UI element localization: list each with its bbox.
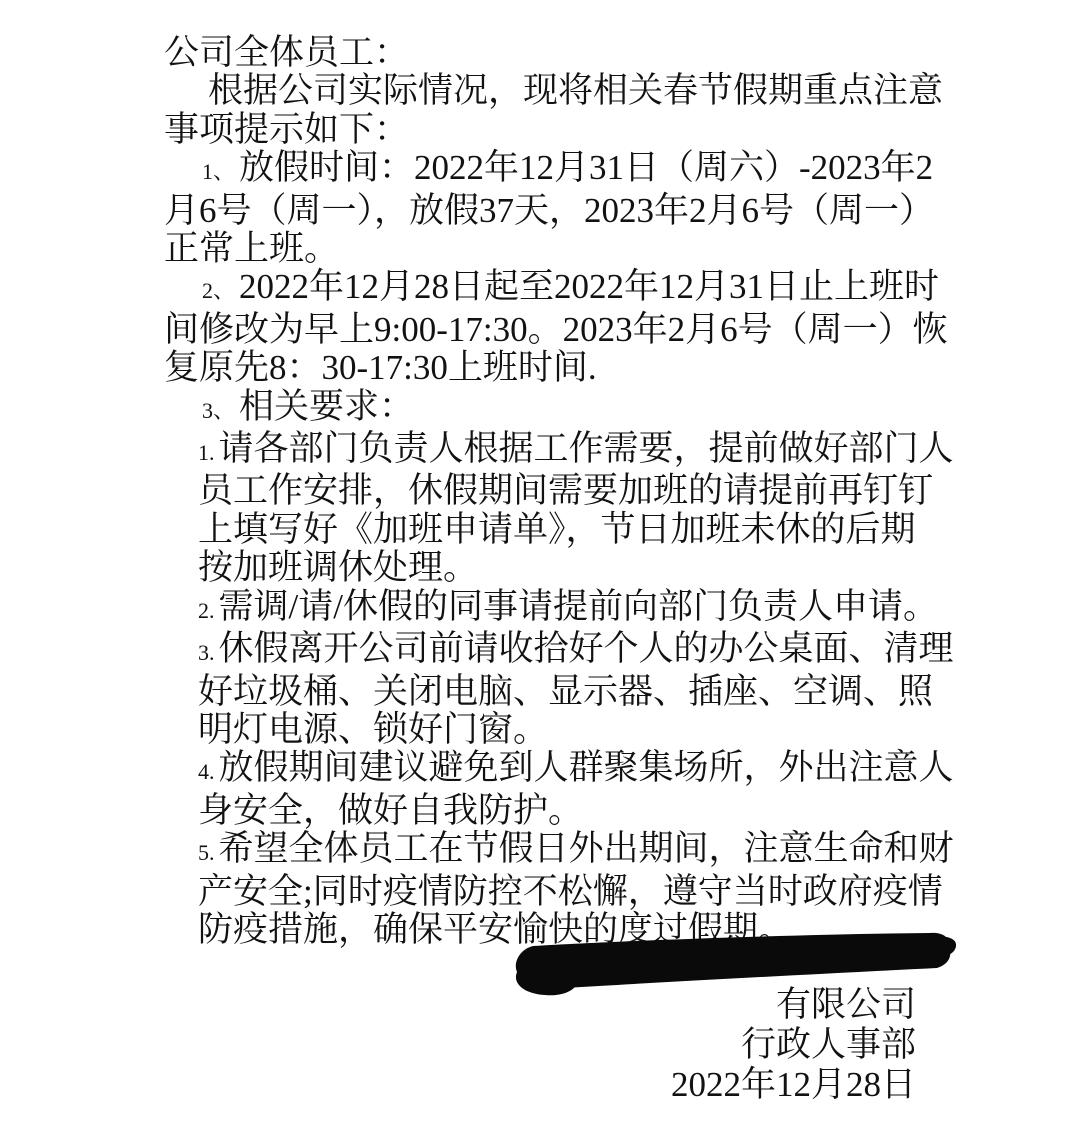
line-text: 根据公司实际情况，现将相关春节假期重点注意 [208,71,943,110]
line-text: 好垃圾桶、关闭电脑、显示器、插座、空调、照 [198,672,933,711]
line-text: 按加班调休处理。 [198,548,478,587]
line-text: 休假离开公司前请收拾好个人的办公桌面、清理 [219,629,954,668]
list-marker: 1. [198,440,219,465]
line-text: 正常上班。 [164,229,339,268]
list-marker: 5. [198,840,219,865]
text-line: 5.希望全体员工在节假日外出期间，注意生命和财 [198,830,920,872]
notice-document: 公司全体员工：根据公司实际情况，现将相关春节假期重点注意事项提示如下：1、放假时… [0,0,1080,1136]
text-line: 产安全;同时疫情防控不松懈，遵守当时政府疫情 [198,873,920,911]
text-line: 根据公司实际情况，现将相关春节假期重点注意 [208,72,920,110]
line-text: 放假时间：2022年12月31日（周六）-2023年2 [239,148,933,187]
text-line: 1、放假时间：2022年12月31日（周六）-2023年2 [202,149,920,191]
text-line: 按加班调休处理。 [198,549,920,587]
text-line: 公司全体员工： [164,34,920,72]
line-text: 公司全体员工： [164,33,409,72]
text-line: 好垃圾桶、关闭电脑、显示器、插座、空调、照 [198,673,920,711]
text-line: 间修改为早上9:00-17:30。2023年2月6号（周一）恢 [164,311,920,349]
text-line: 4.放假期间建议避免到人群聚集场所，外出注意人 [198,749,920,791]
signature-date: 2022年12月28日 [0,1065,916,1105]
line-text: 2022年12月28日起至2022年12月31日止上班时 [239,267,939,306]
signature-block: 有限公司 行政人事部 2022年12月28日 [0,985,1080,1105]
text-line: 上填写好《加班申请单》，节日加班未休的后期 [198,511,920,549]
signature-department: 行政人事部 [0,1025,916,1065]
line-text: 需调/请/休假的同事请提前向部门负责人申请。 [219,587,938,626]
line-text: 事项提示如下： [164,110,409,149]
company-name-visible-fragment: 有限公司 [776,985,916,1024]
list-marker: 1、 [202,159,239,184]
line-text: 上填写好《加班申请单》，节日加班未休的后期 [198,510,916,549]
text-line: 明灯电源、锁好门窗。 [198,711,920,749]
line-text: 明灯电源、锁好门窗。 [198,710,548,749]
line-text: 希望全体员工在节假日外出期间，注意生命和财 [219,829,954,868]
text-line: 2、2022年12月28日起至2022年12月31日止上班时 [202,268,920,310]
company-name-redacted: 有限公司 [0,985,916,1025]
line-text: 间修改为早上9:00-17:30。2023年2月6号（周一）恢 [164,310,948,349]
list-marker: 2、 [202,278,239,303]
notice-body: 公司全体员工：根据公司实际情况，现将相关春节假期重点注意事项提示如下：1、放假时… [0,0,1080,949]
text-line: 正常上班。 [164,230,920,268]
text-line: 3、相关要求： [202,388,920,430]
line-text: 产安全;同时疫情防控不松懈，遵守当时政府疫情 [198,872,943,911]
line-text: 请各部门负责人根据工作需要，提前做好部门人 [219,429,954,468]
line-text: 放假期间建议避免到人群聚集场所，外出注意人 [219,748,954,787]
text-line: 身安全，做好自我防护。 [198,792,920,830]
text-line: 员工作安排，休假期间需要加班的请提前再钉钉 [198,472,920,510]
list-marker: 4. [198,759,219,784]
text-line: 防疫措施，确保平安愉快的度过假期。 [198,911,920,949]
text-line: 事项提示如下： [164,111,920,149]
text-line: 复原先8：30-17:30上班时间. [164,349,920,387]
list-marker: 3、 [202,398,239,423]
line-text: 月6号（周一），放假37天，2023年2月6号（周一） [164,191,934,230]
line-text: 复原先8：30-17:30上班时间. [164,348,597,387]
text-line: 月6号（周一），放假37天，2023年2月6号（周一） [164,192,920,230]
list-marker: 2. [198,598,219,623]
text-line: 1.请各部门负责人根据工作需要，提前做好部门人 [198,430,920,472]
text-line: 2.需调/请/休假的同事请提前向部门负责人申请。 [198,588,920,630]
line-text: 身安全，做好自我防护。 [198,791,583,830]
text-line: 3.休假离开公司前请收拾好个人的办公桌面、清理 [198,630,920,672]
line-text: 员工作安排，休假期间需要加班的请提前再钉钉 [198,471,933,510]
list-marker: 3. [198,640,219,665]
line-text: 防疫措施，确保平安愉快的度过假期。 [198,910,793,949]
line-text: 相关要求： [239,387,414,426]
